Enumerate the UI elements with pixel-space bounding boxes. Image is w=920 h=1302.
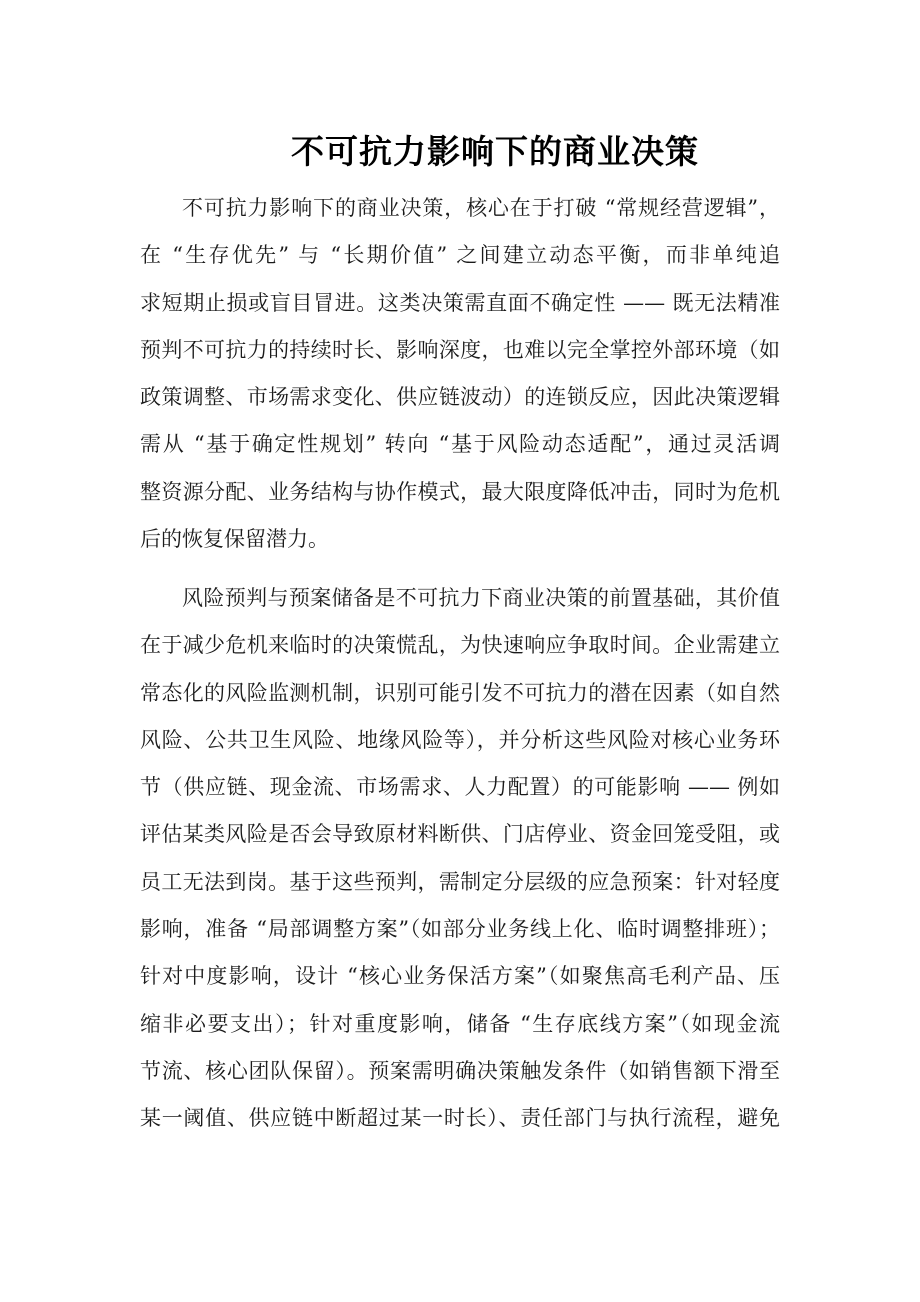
paragraph-line: 预判不可抗力的持续时长、影响深度，也难以完全掌控外部环境（如 <box>140 327 780 374</box>
paragraph-line: 求短期止损或盲目冒进。这类决策需直面不确定性 —— 既无法精准 <box>140 280 780 327</box>
document-title: 不可抗力影响下的商业决策 <box>0 128 920 176</box>
paragraph-line: 员工无法到岗。基于这些预判，需制定分层级的应急预案：针对轻度 <box>140 859 780 906</box>
paragraph-line: 常态化的风险监测机制，识别可能引发不可抗力的潜在因素（如自然 <box>140 670 780 717</box>
paragraph-line: 政策调整、市场需求变化、供应链波动）的连锁反应，因此决策逻辑 <box>140 374 780 421</box>
paragraph-line: 缩非必要支出）；针对重度影响，储备 “生存底线方案”（如现金流 <box>140 1001 780 1048</box>
paragraph-line: 某一阈值、供应链中断超过某一时长）、责任部门与执行流程，避免 <box>140 1095 780 1142</box>
paragraph-2: 风险预判与预案储备是不可抗力下商业决策的前置基础，其价值 在于减少危机来临时的决… <box>140 575 780 1143</box>
paragraph-line: 评估某类风险是否会导致原材料断供、门店停业、资金回笼受阻，或 <box>140 811 780 858</box>
paragraph-line: 风险预判与预案储备是不可抗力下商业决策的前置基础，其价值 <box>140 575 780 622</box>
paragraph-line: 后的恢复保留潜力。 <box>140 516 780 563</box>
paragraph-1: 不可抗力影响下的商业决策，核心在于打破 “常规经营逻辑”， 在 “生存优先” 与… <box>140 185 780 563</box>
paragraph-line: 节（供应链、现金流、市场需求、人力配置）的可能影响 —— 例如 <box>140 764 780 811</box>
paragraph-line: 针对中度影响，设计 “核心业务保活方案”（如聚焦高毛利产品、压 <box>140 953 780 1000</box>
paragraph-line: 影响，准备 “局部调整方案”（如部分业务线上化、临时调整排班）； <box>140 906 780 953</box>
paragraph-line: 不可抗力影响下的商业决策，核心在于打破 “常规经营逻辑”， <box>140 185 780 232</box>
paragraph-line: 在于减少危机来临时的决策慌乱，为快速响应争取时间。企业需建立 <box>140 622 780 669</box>
document-page: 不可抗力影响下的商业决策 不可抗力影响下的商业决策，核心在于打破 “常规经营逻辑… <box>0 0 920 1302</box>
paragraph-line: 在 “生存优先” 与 “长期价值” 之间建立动态平衡，而非单纯追 <box>140 232 780 279</box>
paragraph-line: 需从 “基于确定性规划” 转向 “基于风险动态适配”，通过灵活调 <box>140 421 780 468</box>
paragraph-line: 风险、公共卫生风险、地缘风险等），并分析这些风险对核心业务环 <box>140 717 780 764</box>
paragraph-line: 整资源分配、业务结构与协作模式，最大限度降低冲击，同时为危机 <box>140 469 780 516</box>
paragraph-line: 节流、核心团队保留）。预案需明确决策触发条件（如销售额下滑至 <box>140 1048 780 1095</box>
